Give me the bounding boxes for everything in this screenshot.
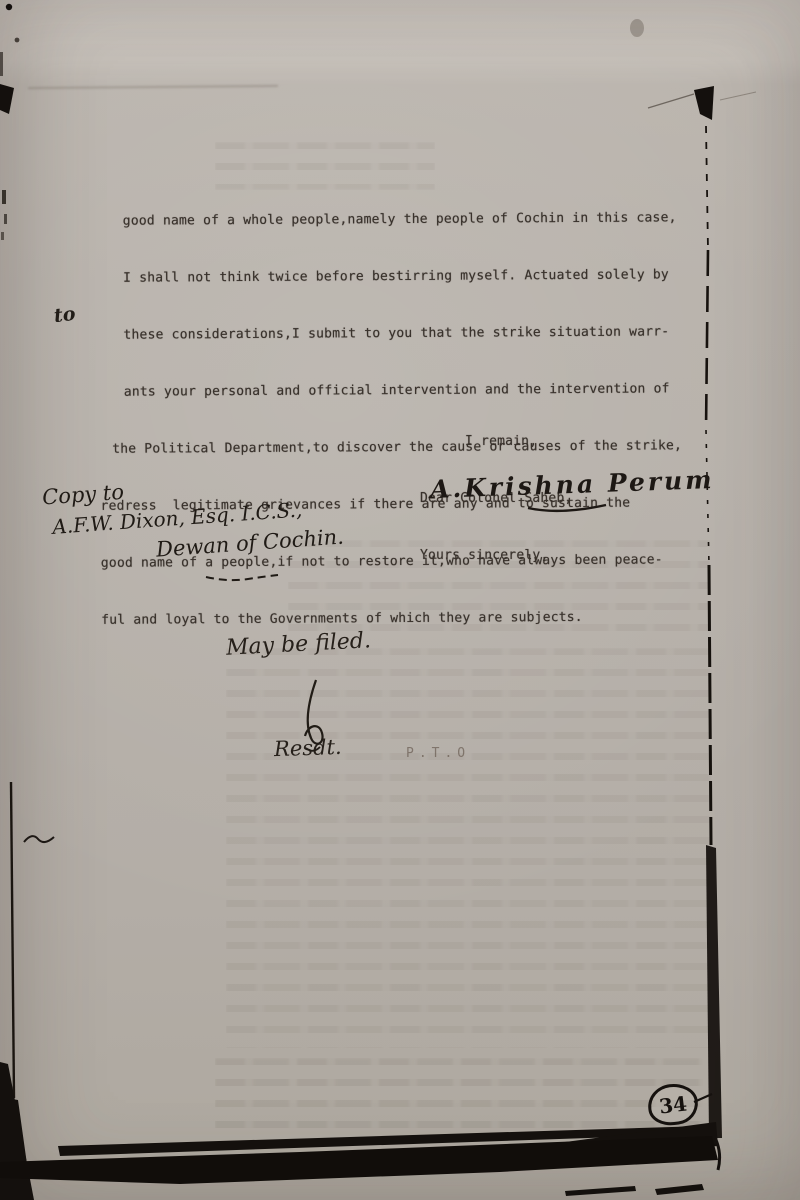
corner-shadow [0,1062,34,1200]
scanned-letter-page: good name of a whole people,namely the p… [0,0,800,1200]
scratch-line [648,94,694,108]
bottom-stroke [716,1140,720,1170]
bottom-stroke [520,1122,718,1160]
margin-tick [1,232,4,240]
closing-line: Yours sincerely, [420,542,573,569]
body-line: ants your personal and official interven… [124,375,682,405]
corner-mark [0,84,14,114]
page-edge-line [706,126,708,250]
bottom-stroke [565,1186,636,1196]
scratch-line [720,92,756,100]
page-edge-line [11,782,14,1098]
margin-tick [4,214,7,224]
resident-abbreviation: Resdt. [274,735,342,761]
initial-mark [305,680,323,744]
page-number-badge: 34 [646,1081,701,1128]
closing-line: I remain, [420,428,573,455]
paper-crease [28,85,278,89]
body-line: good name of a whole people,namely the p… [123,204,681,234]
page-edge-band [706,845,722,1138]
margin-tick [2,190,6,204]
page-edge-line [706,430,709,565]
corner-mark [694,86,714,120]
handwritten-insertion: to [53,303,77,327]
bleed-through-text [215,1058,703,1138]
scan-blotch [630,19,644,37]
bottom-band [0,1136,718,1184]
pto-stamp: P.T.O [406,746,470,761]
margin-squiggle [24,836,54,842]
page-number: 34 [658,1091,689,1118]
bottom-stroke [58,1126,707,1156]
page-edge-line [709,565,711,845]
bleed-through-text [226,648,712,1048]
body-line: the Political Department,to discover the… [112,432,682,462]
page-edge-line [706,250,708,430]
body-line: these considerations,I submit to you tha… [123,318,681,348]
page-edge-band [0,1098,32,1200]
letter-body: good name of a whole people,namely the p… [123,174,684,663]
bottom-stroke [655,1184,704,1195]
scan-speck [0,52,3,76]
body-line: ful and loyal to the Governments of whic… [101,603,683,634]
scan-speck [15,38,20,43]
scan-speck [6,4,12,10]
body-line: I shall not think twice before bestirrin… [123,261,681,291]
